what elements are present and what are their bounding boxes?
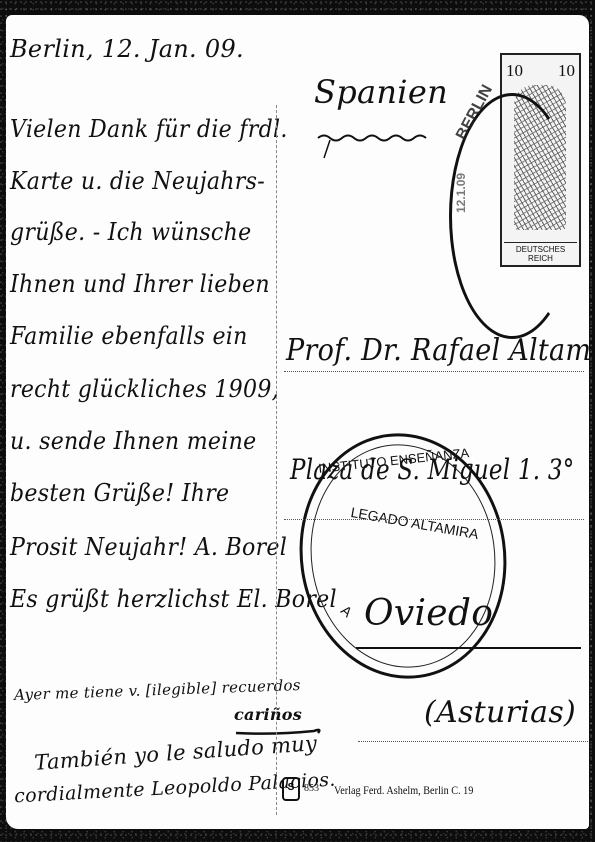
address-line-4 — [358, 741, 588, 742]
message-line: Vielen Dank für die frdl. — [10, 115, 288, 143]
city: Oviedo — [364, 593, 493, 634]
city-underline — [356, 647, 581, 649]
message-line: grüße. - Ich wünsche — [10, 218, 251, 246]
message-line: u. sende Ihnen meine — [10, 427, 256, 455]
recipient-name: Prof. Dr. Rafael Altamira — [286, 333, 589, 368]
message-line: recht glückliches 1909, — [10, 375, 279, 403]
message-line: Es grüßt herzlichst El. Borel — [10, 585, 337, 613]
message-line: Ihnen und Ihrer lieben — [10, 270, 270, 298]
region: (Asturias) — [424, 695, 576, 730]
center-divider — [276, 105, 277, 815]
address-line-1 — [284, 371, 584, 372]
postmark-date: 12.1.09 — [454, 173, 468, 213]
message-line: Karte u. die Neujahrs- — [10, 167, 265, 195]
country-underline — [316, 132, 446, 162]
message-line: besten Grüße! Ihre — [10, 479, 229, 507]
stamp-value-right: 10 — [558, 61, 575, 81]
publisher-logo-icon: S — [282, 777, 300, 801]
message-line: Prosit Neujahr! A. Borel — [10, 533, 287, 561]
spanish-note-line: Ayer me tiene v. [ilegible] recuerdos — [14, 676, 301, 704]
postcard: Berlin, 12. Jan. 09. Vielen Dank für die… — [6, 15, 589, 829]
country-note: Spanien — [314, 73, 448, 111]
stamp-value-left: 10 — [506, 61, 523, 81]
spanish-note-word: cariños — [234, 705, 302, 724]
date-line: Berlin, 12. Jan. 09. — [10, 35, 244, 63]
message-line: Familie ebenfalls ein — [10, 322, 248, 350]
publisher-number: 853 — [304, 783, 319, 794]
street-address: Plaza de S. Miguel 1. 3° — [290, 453, 574, 486]
publisher-imprint: Verlag Ferd. Ashelm, Berlin C. 19 — [334, 783, 473, 798]
address-line-2 — [284, 519, 584, 520]
